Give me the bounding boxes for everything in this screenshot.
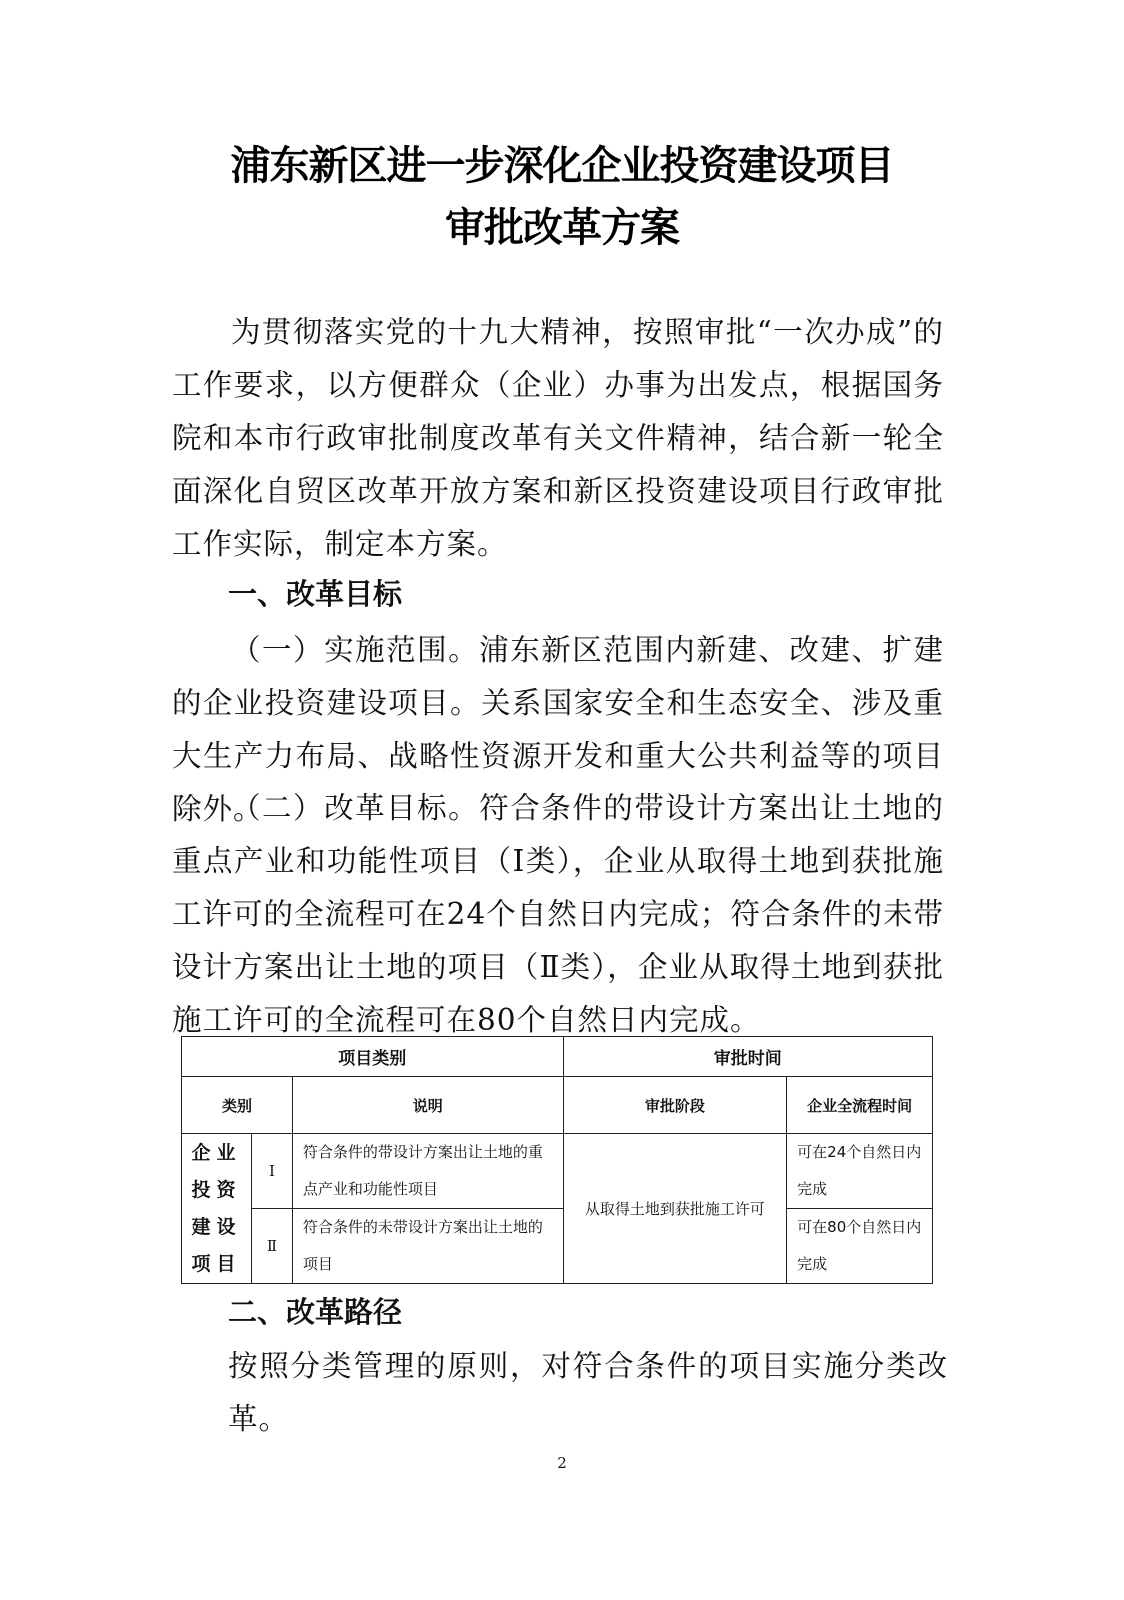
header-description: 说明 [292,1077,563,1134]
approval-time-table: 项目类别 审批时间 类别 说明 审批阶段 企业全流程时间 企业投资建设项目 Ⅰ … [181,1036,933,1284]
header-approval-time: 审批时间 [563,1037,933,1077]
page-number: 2 [0,1454,1124,1472]
row-class: Ⅰ [251,1134,292,1209]
section-1-heading: 一、改革目标 [228,572,402,613]
section-2-paragraph-1: 按照分类管理的原则，对符合条件的项目实施分类改革。 [228,1340,948,1446]
header-project-category: 项目类别 [182,1037,564,1077]
document-title-line-2: 审批改革方案 [0,196,1124,253]
approval-stage-cell: 从取得土地到获批施工许可 [563,1134,787,1284]
section-1-paragraph-2: （二）改革目标。符合条件的带设计方案出让土地的重点产业和功能性项目（Ⅰ类），企业… [172,782,944,1047]
row-class: Ⅱ [251,1209,292,1284]
row-description: 符合条件的带设计方案出让土地的重点产业和功能性项目 [292,1134,563,1209]
header-category: 类别 [182,1077,293,1134]
document-title-line-1: 浦东新区进一步深化企业投资建设项目 [0,134,1124,191]
table-row: Ⅱ 符合条件的未带设计方案出让土地的项目 可在80个自然日内完成 [182,1209,933,1284]
row-total-time: 可在80个自然日内完成 [787,1209,933,1284]
document-page: 浦东新区进一步深化企业投资建设项目 审批改革方案 为贯彻落实党的十九大精神，按照… [0,0,1124,1600]
header-approval-stage: 审批阶段 [563,1077,787,1134]
intro-paragraph: 为贯彻落实党的十九大精神，按照审批“一次办成”的工作要求，以方便群众（企业）办事… [172,306,944,571]
section-2-heading: 二、改革路径 [228,1290,402,1331]
table-row: 企业投资建设项目 Ⅰ 符合条件的带设计方案出让土地的重点产业和功能性项目 从取得… [182,1134,933,1209]
row-group-label: 企业投资建设项目 [182,1134,252,1284]
row-description: 符合条件的未带设计方案出让土地的项目 [292,1209,563,1284]
header-total-time: 企业全流程时间 [787,1077,933,1134]
row-total-time: 可在24个自然日内完成 [787,1134,933,1209]
